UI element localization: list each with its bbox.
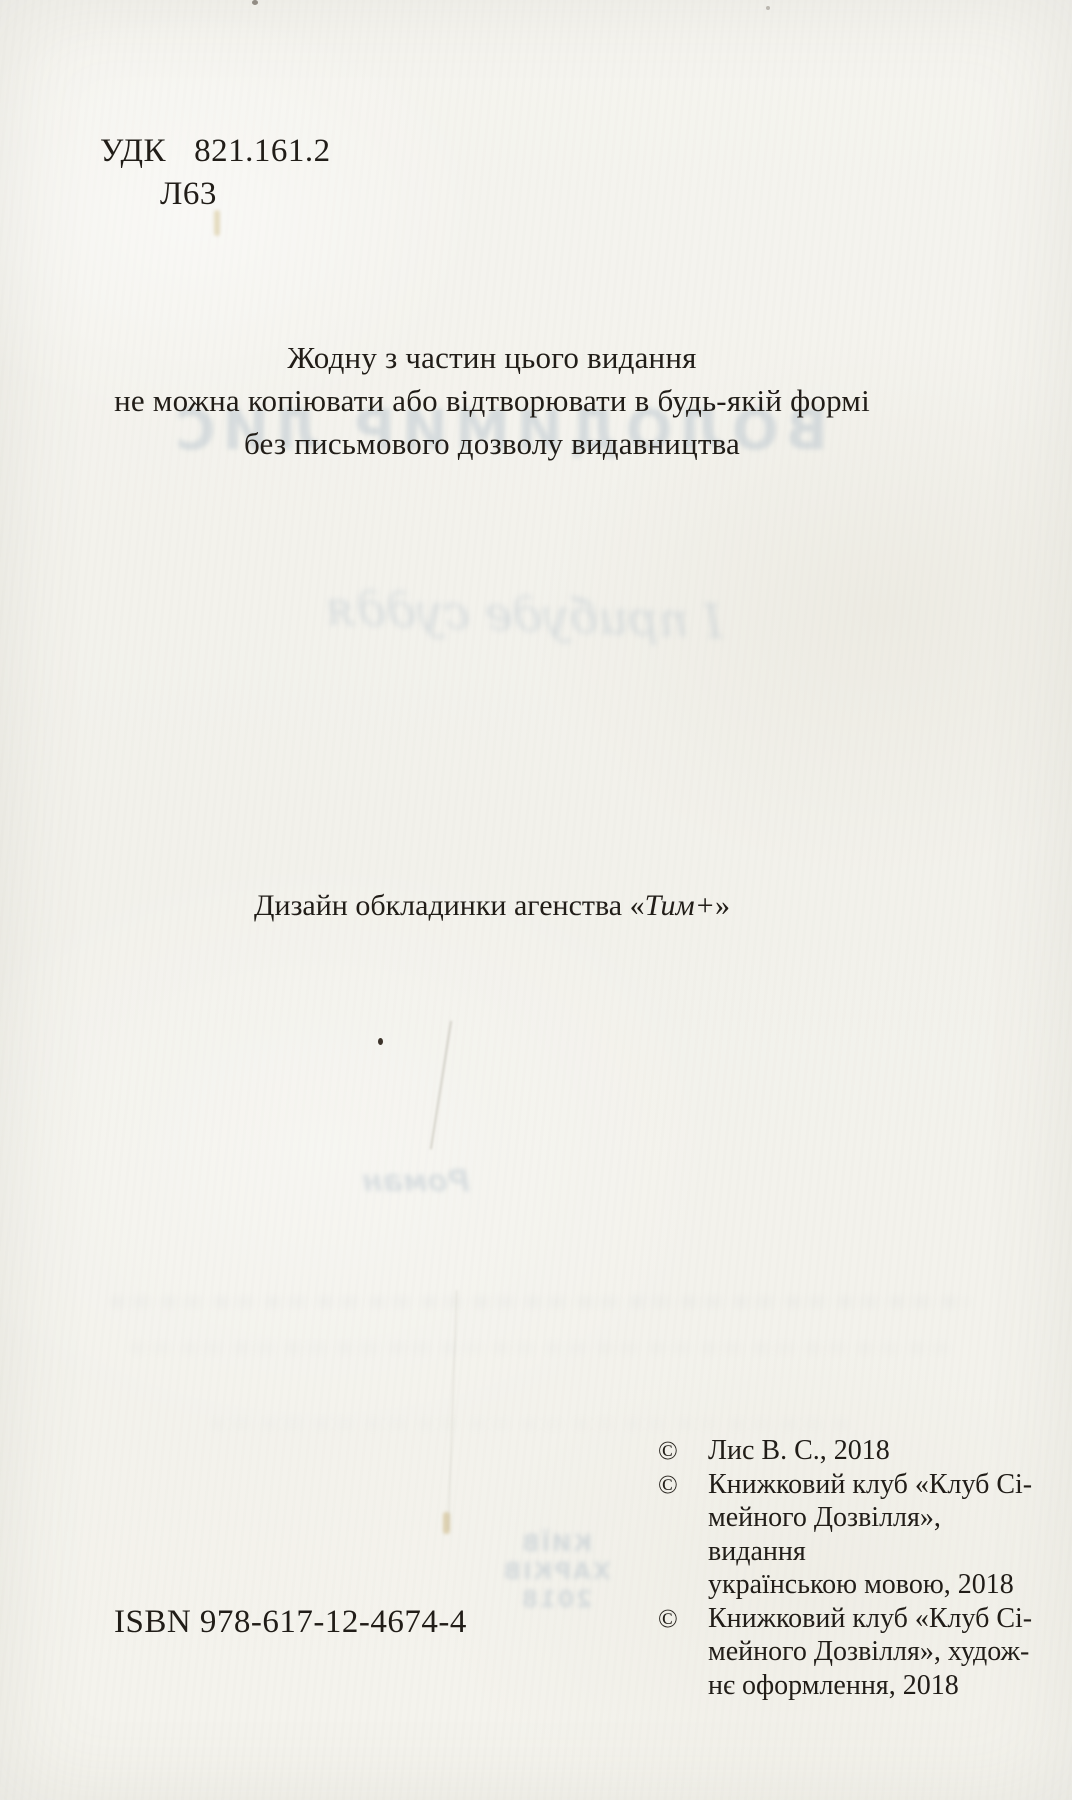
paper-speck bbox=[766, 6, 770, 10]
paper-stain bbox=[443, 1512, 450, 1534]
udc-number: 821.161.2 bbox=[194, 130, 331, 173]
reproduction-notice: Жодну з частин цього видання не можна ко… bbox=[0, 336, 984, 465]
udc-author-code: Л63 bbox=[160, 173, 331, 216]
copyright-symbol: © bbox=[658, 1602, 708, 1636]
cover-design-text: » bbox=[715, 889, 730, 922]
copyright-line: Лис В. С., 2018 bbox=[708, 1434, 1038, 1468]
copyright-line: Книжковий клуб «Клуб Сі- bbox=[708, 1468, 1038, 1502]
ghost-smudge-line bbox=[110, 1296, 970, 1308]
copyright-entry: © Лис В. С., 2018 bbox=[658, 1434, 1038, 1468]
paper-crease bbox=[430, 1021, 452, 1150]
cover-design-text: Дизайн обкладинки агенства « bbox=[254, 889, 645, 922]
udc-label: УДК bbox=[100, 130, 166, 173]
copyright-line: мейного Дозвілля», видання bbox=[708, 1501, 1038, 1568]
paper-crease bbox=[448, 1290, 457, 1530]
reproduction-notice-line: Жодну з частин цього видання bbox=[0, 336, 984, 379]
ghost-genre-showthrough: Роман bbox=[346, 1164, 486, 1199]
copyright-symbol: © bbox=[658, 1434, 708, 1468]
copyright-symbol: © bbox=[658, 1468, 708, 1502]
reproduction-notice-line: не можна копіювати або відтворювати в бу… bbox=[0, 379, 984, 422]
isbn-text: ISBN 978-617-12-4674-4 bbox=[114, 1604, 467, 1641]
paper-speck bbox=[378, 1038, 383, 1045]
ghost-imprint-showthrough: КИЇВ ХАРКІВ 2018 bbox=[436, 1530, 676, 1614]
udc-block: УДК 821.161.2 Л63 bbox=[100, 130, 331, 216]
copyright-entry: © Книжковий клуб «Клуб Сі- мейного Дозві… bbox=[658, 1602, 1038, 1703]
copyright-line: нє оформлення, 2018 bbox=[708, 1669, 1038, 1703]
ghost-smudge-line bbox=[210, 1418, 850, 1430]
copyright-line: українською мовою, 2018 bbox=[708, 1568, 1038, 1602]
cover-design-credit: Дизайн обкладинки агенства «Тим+» bbox=[0, 889, 984, 923]
ghost-smudge-line bbox=[130, 1342, 950, 1354]
book-copyright-page-scan: ВОЛОДИМИР ЛИС І прибуде суддя Роман КИЇВ… bbox=[0, 0, 1072, 1800]
copyright-block: © Лис В. С., 2018 © Книжковий клуб «Клуб… bbox=[658, 1434, 1038, 1702]
copyright-entry: © Книжковий клуб «Клуб Сі- мейного Дозві… bbox=[658, 1468, 1038, 1602]
paper-speck bbox=[252, 0, 258, 5]
reproduction-notice-line: без письмового дозволу видавництва bbox=[0, 422, 984, 465]
ghost-imprint-line: КИЇВ bbox=[436, 1530, 676, 1558]
design-agency-name: Тим+ bbox=[645, 889, 715, 922]
copyright-line: Книжковий клуб «Клуб Сі- bbox=[708, 1602, 1038, 1636]
ghost-title-showthrough: І прибуде суддя bbox=[297, 580, 751, 651]
ghost-imprint-line: 2018 bbox=[436, 1586, 676, 1614]
copyright-line: мейного Дозвілля», худож- bbox=[708, 1635, 1038, 1669]
ghost-imprint-line: ХАРКІВ bbox=[436, 1558, 676, 1586]
